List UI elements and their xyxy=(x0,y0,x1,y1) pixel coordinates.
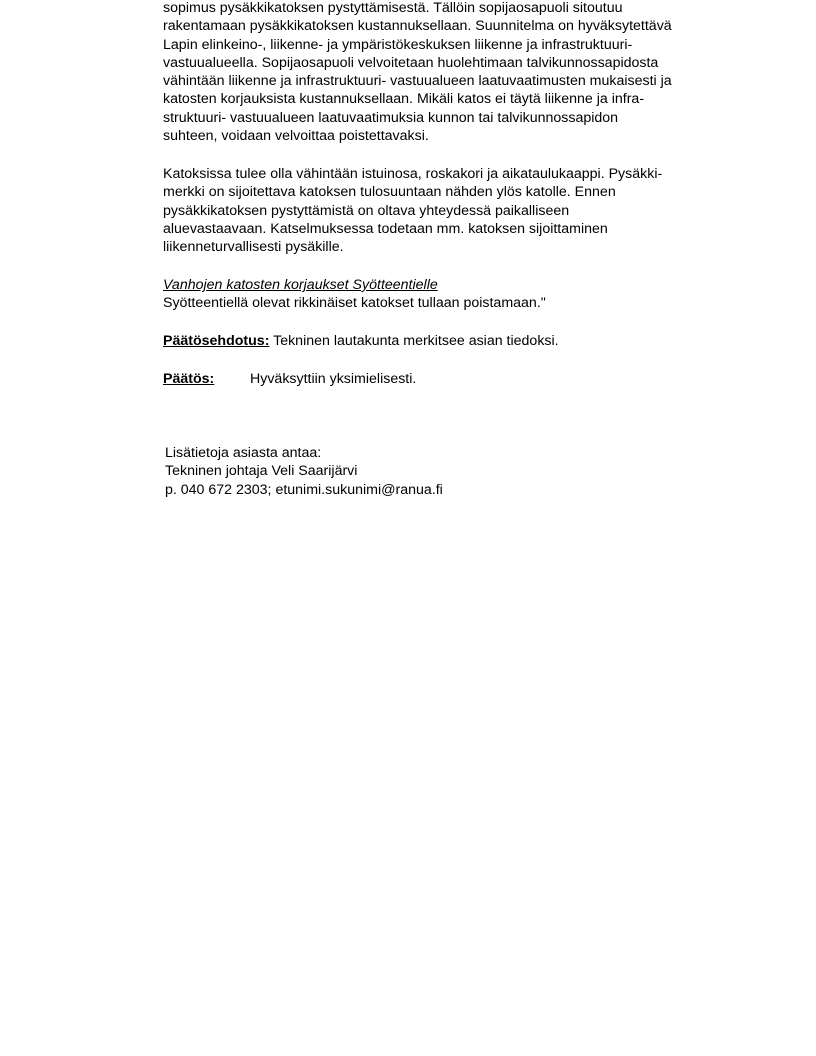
document-page: sopimus pysäkkikatoksen pystyttämisestä.… xyxy=(0,0,816,1056)
paragraph-agreement: sopimus pysäkkikatoksen pystyttämisestä.… xyxy=(163,0,753,145)
contact-info: Lisätietoja asiasta antaa: Tekninen joht… xyxy=(165,444,565,499)
decision-row: Päätös:Hyväksyttiin yksimielisesti. xyxy=(163,370,416,388)
proposal-text: Tekninen lautakunta merkitsee asian tied… xyxy=(269,333,558,349)
text-line: suhteen, voidaan velvoittaa poistettavak… xyxy=(163,127,753,145)
proposal-label: Päätösehdotus: xyxy=(163,333,269,349)
text-line: merkki on sijoitettava katoksen tulosuun… xyxy=(163,183,753,201)
text-line: vähintään liikenne ja infrastruktuuri- v… xyxy=(163,72,753,90)
text-line: pysäkkikatoksen pystyttämistä on oltava … xyxy=(163,202,753,220)
text-line: sopimus pysäkkikatoksen pystyttämisestä.… xyxy=(163,0,753,17)
contact-heading: Lisätietoja asiasta antaa: xyxy=(165,444,565,462)
section-heading: Vanhojen katosten korjaukset Syötteentie… xyxy=(163,276,753,294)
text-line: aluevastaavaan. Katselmuksessa todetaan … xyxy=(163,220,753,238)
text-line: liikenneturvallisesti pysäkille. xyxy=(163,238,753,256)
text-line: Lapin elinkeino-, liikenne- ja ympäristö… xyxy=(163,36,753,54)
decision-text: Hyväksyttiin yksimielisesti. xyxy=(250,371,416,387)
decision-label: Päätös: xyxy=(163,371,214,387)
text-line: Katoksissa tulee olla vähintään istuinos… xyxy=(163,165,753,183)
text-line: rakentamaan pysäkkikatoksen kustannuksel… xyxy=(163,17,753,35)
paragraph-shelter-requirements: Katoksissa tulee olla vähintään istuinos… xyxy=(163,165,753,256)
text-line: vastuualueella. Sopijaosapuoli velvoitet… xyxy=(163,54,753,72)
proposal-row: Päätösehdotus: Tekninen lautakunta merki… xyxy=(163,332,753,350)
contact-name: Tekninen johtaja Veli Saarijärvi xyxy=(165,462,565,480)
text-line: struktuuri- vastuualueen laatuvaatimuksi… xyxy=(163,109,753,127)
text-line: katosten korjauksista kustannuksellaan. … xyxy=(163,90,753,108)
section-old-shelters: Vanhojen katosten korjaukset Syötteentie… xyxy=(163,276,753,313)
section-text: Syötteentiellä olevat rikkinäiset katoks… xyxy=(163,294,753,312)
contact-details: p. 040 672 2303; etunimi.sukunimi@ranua.… xyxy=(165,481,565,499)
